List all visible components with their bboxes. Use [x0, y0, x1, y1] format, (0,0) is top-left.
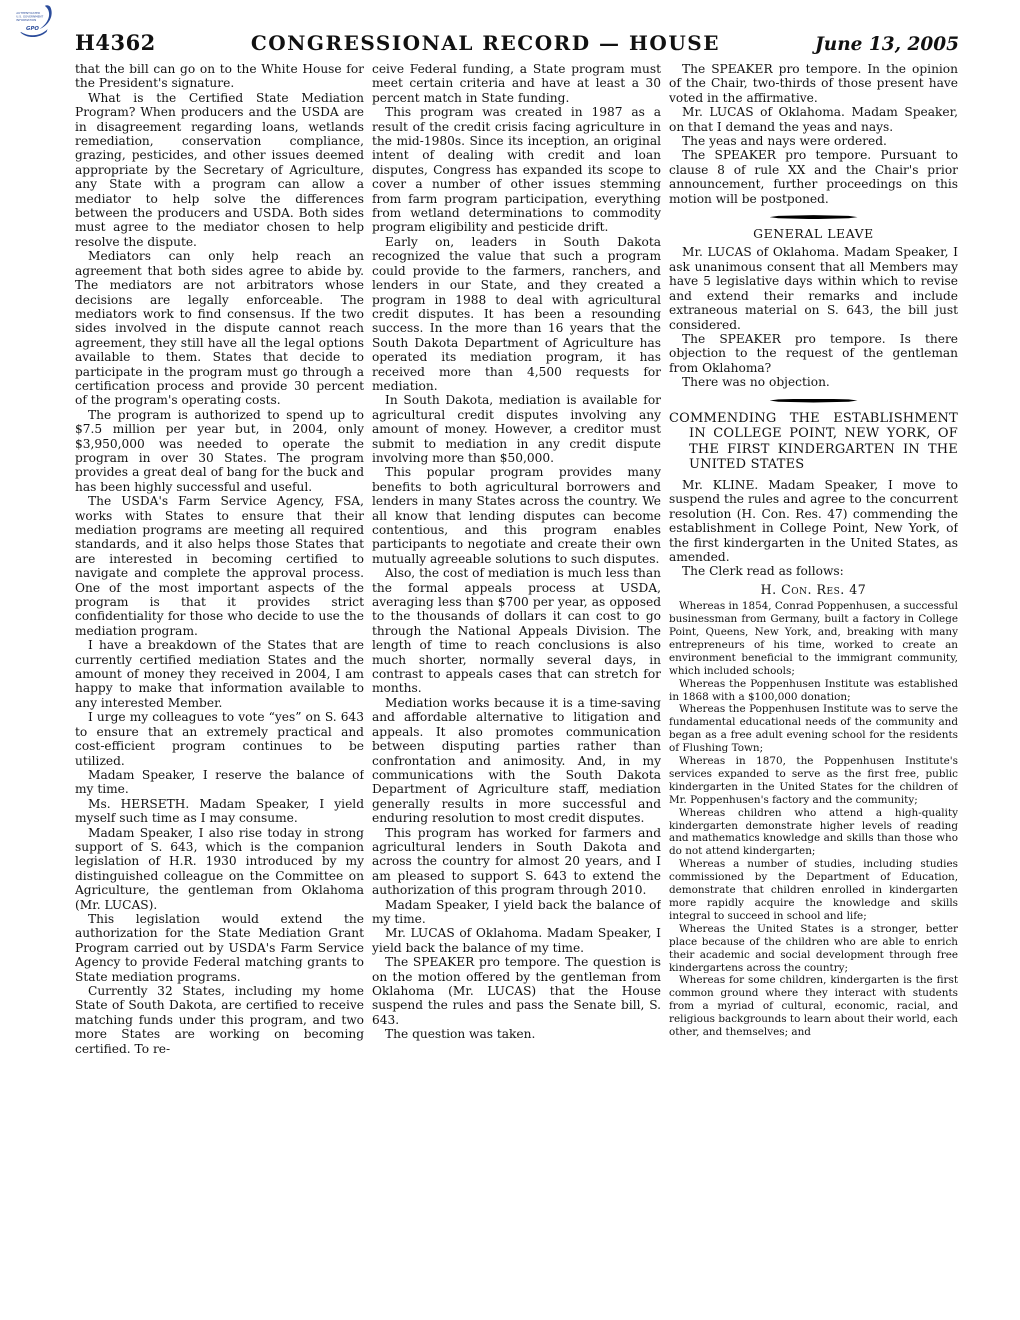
- paragraph: Madam Speaker, I reserve the balance of …: [75, 768, 364, 797]
- resolution-title: H. Con. Res. 47: [669, 583, 958, 597]
- paragraph: The SPEAKER pro tempore. In the opinion …: [669, 62, 958, 105]
- page-header: H4362 CONGRESSIONAL RECORD — HOUSE June …: [75, 30, 959, 55]
- section-divider: [770, 215, 858, 219]
- paragraph: Mr. LUCAS of Oklahoma. Madam Speaker, I …: [372, 926, 661, 955]
- whereas-clause: Whereas the Poppenhusen Institute was to…: [669, 703, 958, 755]
- seal-text-gpo: GPO: [26, 26, 39, 32]
- page-columns: that the bill can go on to the White Hou…: [75, 62, 959, 1242]
- paragraph: This program was created in 1987 as a re…: [372, 105, 661, 235]
- column-2: ceive Federal funding, a State program m…: [372, 62, 661, 1242]
- paragraph: Mr. KLINE. Madam Speaker, I move to susp…: [669, 478, 958, 564]
- paragraph: The SPEAKER pro tempore. The question is…: [372, 955, 661, 1027]
- paragraph: In South Dakota, mediation is available …: [372, 393, 661, 465]
- whereas-clause: Whereas in 1854, Conrad Poppenhusen, a s…: [669, 600, 958, 677]
- paragraph: The program is authorized to spend up to…: [75, 408, 364, 494]
- page-title: CONGRESSIONAL RECORD — HOUSE: [251, 31, 720, 55]
- whereas-clause: Whereas the United States is a stronger,…: [669, 923, 958, 975]
- paragraph: Mr. LUCAS of Oklahoma. Madam Speaker, I …: [669, 245, 958, 331]
- paragraph: Mediation works because it is a time-sav…: [372, 696, 661, 826]
- paragraph: The SPEAKER pro tempore. Is there object…: [669, 332, 958, 375]
- paragraph: I have a breakdown of the States that ar…: [75, 638, 364, 710]
- paragraph: This program has worked for farmers and …: [372, 826, 661, 898]
- seal-text-line3: INFORMATION: [16, 18, 36, 22]
- paragraph: What is the Certified State Mediation Pr…: [75, 91, 364, 249]
- section-heading-general-leave: GENERAL LEAVE: [669, 227, 958, 241]
- paragraph: that the bill can go on to the White Hou…: [75, 62, 364, 91]
- whereas-clause: Whereas children who attend a high-quali…: [669, 807, 958, 859]
- paragraph: Mr. LUCAS of Oklahoma. Madam Speaker, on…: [669, 105, 958, 134]
- paragraph: Madam Speaker, I also rise today in stro…: [75, 826, 364, 912]
- paragraph: Early on, leaders in South Dakota recogn…: [372, 235, 661, 393]
- paragraph: Mediators can only help reach an agreeme…: [75, 249, 364, 407]
- paragraph: This legislation would extend the author…: [75, 912, 364, 984]
- paragraph: Madam Speaker, I yield back the balance …: [372, 898, 661, 927]
- whereas-clause: Whereas in 1870, the Poppenhusen Institu…: [669, 755, 958, 807]
- paragraph: This popular program provides many benef…: [372, 465, 661, 566]
- paragraph: The yeas and nays were ordered.: [669, 134, 958, 148]
- whereas-clause: Whereas a number of studies, including s…: [669, 858, 958, 923]
- paragraph: The Clerk read as follows:: [669, 564, 958, 578]
- paragraph: Currently 32 States, including my home S…: [75, 984, 364, 1056]
- paragraph: The question was taken.: [372, 1027, 661, 1041]
- section-divider: [770, 399, 858, 403]
- issue-date: June 13, 2005: [815, 34, 959, 55]
- page-number: H4362: [75, 30, 156, 55]
- paragraph: Ms. HERSETH. Madam Speaker, I yield myse…: [75, 797, 364, 826]
- column-3: The SPEAKER pro tempore. In the opinion …: [669, 62, 958, 1242]
- gpo-authenticated-seal-icon: AUTHENTICATED U.S. GOVERNMENT INFORMATIO…: [15, 5, 55, 43]
- whereas-clause: Whereas for some children, kindergarten …: [669, 974, 958, 1039]
- paragraph: ceive Federal funding, a State program m…: [372, 62, 661, 105]
- paragraph: There was no objection.: [669, 375, 958, 389]
- column-1: that the bill can go on to the White Hou…: [75, 62, 364, 1242]
- whereas-clause: Whereas the Poppenhusen Institute was es…: [669, 678, 958, 704]
- paragraph: The SPEAKER pro tempore. Pursuant to cla…: [669, 148, 958, 206]
- section-heading-commending: COMMENDING THE ESTABLISHMENT IN COLLEGE …: [669, 411, 958, 473]
- congressional-record-page: AUTHENTICATED U.S. GOVERNMENT INFORMATIO…: [0, 0, 1020, 1320]
- paragraph: I urge my colleagues to vote “yes” on S.…: [75, 710, 364, 768]
- paragraph: Also, the cost of mediation is much less…: [372, 566, 661, 696]
- paragraph: The USDA's Farm Service Agency, FSA, wor…: [75, 494, 364, 638]
